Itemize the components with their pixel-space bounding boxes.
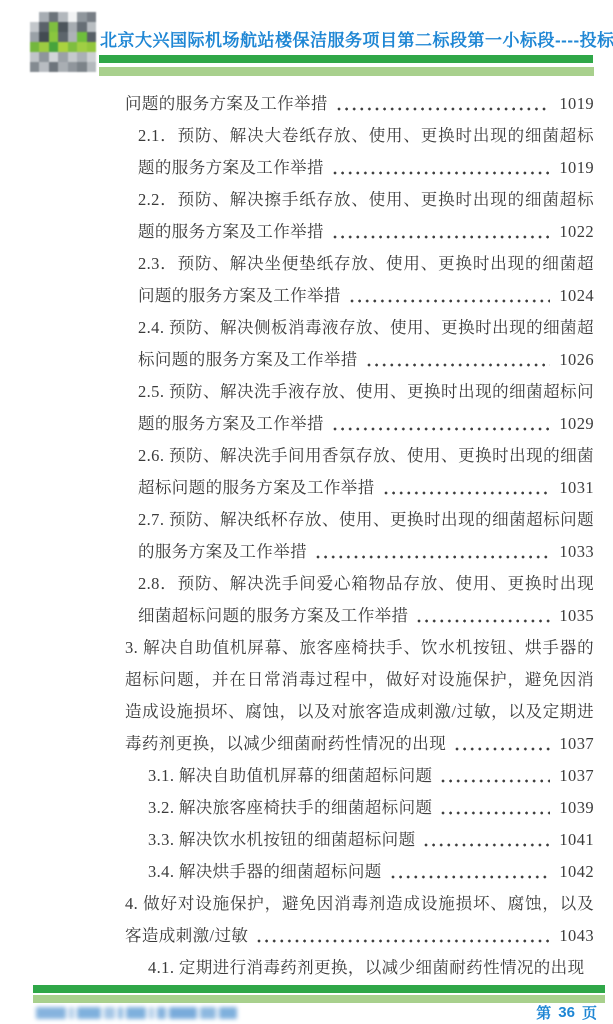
toc-entry-text: 造成设施损坏、腐蚀，以及对旅客造成刺激/过敏，以及定期进行消 [125, 696, 594, 728]
logo-pixel [58, 22, 67, 32]
document-header-title: 北京大兴国际机场航站楼保洁服务项目第二标段第一小标段----投标文件 [100, 26, 598, 48]
dot-leader [422, 824, 550, 856]
toc-entry-text: 2.7. 预防、解决纸杯存放、使用、更换时出现的细菌超标问题 [125, 504, 594, 536]
dot-leader [439, 760, 550, 792]
dot-leader [331, 408, 550, 440]
logo-pixel [49, 52, 58, 62]
dot-leader [331, 152, 550, 184]
redacted-block [149, 1007, 154, 1019]
redacted-block [169, 1007, 197, 1019]
redacted-block [69, 1007, 74, 1019]
toc-entry-text: 题的服务方案及工作举措 [138, 216, 324, 248]
redacted-block [77, 1007, 101, 1019]
toc-page-number: 1024 [559, 280, 594, 312]
dot-leader [382, 472, 551, 504]
logo-pixel [68, 42, 77, 52]
logo-pixel [58, 42, 67, 52]
toc-page-number: 1037 [559, 760, 594, 792]
logo-pixel [77, 62, 86, 72]
redacted-block [126, 1007, 146, 1019]
toc-line: 客造成刺激/过敏1043 [125, 920, 594, 952]
logo-pixel [58, 12, 67, 22]
logo-pixel [87, 52, 96, 62]
footer-rule-light [33, 995, 605, 1003]
document-page: 北京大兴国际机场航站楼保洁服务项目第二标段第一小标段----投标文件 问题的服务… [0, 0, 613, 1024]
header-rule-light [99, 67, 594, 76]
toc-line: 3.2. 解决旅客座椅扶手的细菌超标问题1039 [125, 792, 594, 824]
dot-leader [453, 728, 550, 760]
toc-entry-text: 2.5. 预防、解决洗手液存放、使用、更换时出现的细菌超标问 [125, 376, 594, 408]
logo-pixel [77, 52, 86, 62]
toc-entry-text: 2.4. 预防、解决侧板消毒液存放、使用、更换时出现的细菌超 [125, 312, 594, 344]
logo-pixel [58, 32, 67, 42]
logo-pixel [49, 22, 58, 32]
footer-rule-dark [33, 985, 605, 993]
toc-entry-text: 2.2．预防、解决擦手纸存放、使用、更换时出现的细菌超标问 [125, 184, 594, 216]
company-logo [30, 12, 96, 72]
toc-entry-text: 的服务方案及工作举措 [138, 536, 307, 568]
toc-entry-text: 3.4. 解决烘手器的细菌超标问题 [148, 856, 382, 888]
toc-entry-text: 客造成刺激/过敏 [125, 920, 248, 952]
toc-page-number: 1031 [559, 472, 594, 504]
logo-pixel [87, 42, 96, 52]
logo-pixel [58, 62, 67, 72]
dot-leader [255, 920, 550, 952]
redacted-company-name [36, 1005, 266, 1020]
toc-entry-text: 2.8．预防、解决洗手间爱心箱物品存放、使用、更换时出现的 [125, 568, 594, 600]
redacted-block [219, 1007, 237, 1019]
toc-entry-text: 2.1．预防、解决大卷纸存放、使用、更换时出现的细菌超标问 [125, 120, 594, 152]
logo-pixel [68, 32, 77, 42]
redacted-block [118, 1007, 123, 1019]
toc-entry-text: 问题的服务方案及工作举措 [138, 280, 341, 312]
toc-line: 3.1. 解决自助值机屏幕的细菌超标问题1037 [125, 760, 594, 792]
toc-page-number: 1019 [559, 152, 594, 184]
logo-pixel [77, 32, 86, 42]
toc-entry-text: 细菌超标问题的服务方案及工作举措 [138, 600, 408, 632]
footer-page-suffix: 页 [582, 1002, 597, 1023]
logo-pixel [58, 52, 67, 62]
toc-line: 的服务方案及工作举措1033 [125, 536, 594, 568]
table-of-contents: 问题的服务方案及工作举措10192.1．预防、解决大卷纸存放、使用、更换时出现的… [125, 88, 594, 984]
redacted-block [104, 1007, 115, 1019]
redacted-block [157, 1007, 166, 1019]
toc-page-number: 1035 [559, 600, 594, 632]
toc-entry-text: 3.2. 解决旅客座椅扶手的细菌超标问题 [148, 792, 432, 824]
toc-entry-text: 问题的服务方案及工作举措 [125, 88, 328, 120]
logo-pixel [77, 22, 86, 32]
toc-entry-text: 2.6. 预防、解决洗手间用香氛存放、使用、更换时出现的细菌 [125, 440, 594, 472]
dot-leader [365, 344, 551, 376]
dot-leader [389, 856, 551, 888]
logo-pixel [68, 52, 77, 62]
dot-leader [335, 88, 551, 120]
dot-leader [439, 792, 550, 824]
toc-entry-text: 4. 做好对设施保护，避免因消毒剂造成设施损坏、腐蚀，以及对旅 [125, 888, 594, 920]
logo-pixel [49, 42, 58, 52]
logo-pixel [39, 22, 48, 32]
logo-pixel [39, 42, 48, 52]
toc-line: 标问题的服务方案及工作举措1026 [125, 344, 594, 376]
logo-pixel [39, 12, 48, 22]
logo-pixel [49, 12, 58, 22]
logo-pixel [30, 22, 39, 32]
toc-line: 题的服务方案及工作举措1022 [125, 216, 594, 248]
logo-pixel [49, 32, 58, 42]
logo-pixel [49, 62, 58, 72]
toc-page-number: 1043 [559, 920, 594, 952]
toc-entry-text: 超标问题的服务方案及工作举措 [138, 472, 375, 504]
toc-entry-text: 3. 解决自助值机屏幕、旅客座椅扶手、饮水机按钮、烘手器的细菌 [125, 632, 594, 664]
toc-line: 细菌超标问题的服务方案及工作举措1035 [125, 600, 594, 632]
dot-leader [415, 600, 550, 632]
toc-page-number: 1022 [559, 216, 594, 248]
logo-pixel [39, 52, 48, 62]
logo-pixel [39, 62, 48, 72]
dot-leader [348, 280, 551, 312]
dot-leader [314, 536, 550, 568]
logo-pixel [68, 22, 77, 32]
header-rule-dark [99, 55, 593, 63]
logo-pixel [68, 62, 77, 72]
toc-page-number: 1041 [559, 824, 594, 856]
toc-entry-text: 3.1. 解决自助值机屏幕的细菌超标问题 [148, 760, 432, 792]
dot-leader [331, 216, 550, 248]
toc-line: 3.3. 解决饮水机按钮的细菌超标问题1041 [125, 824, 594, 856]
toc-entry-text: 超标问题，并在日常消毒过程中，做好对设施保护，避免因消毒剂 [125, 664, 594, 696]
footer-page-prefix: 第 [536, 1002, 551, 1023]
toc-line: 问题的服务方案及工作举措1024 [125, 280, 594, 312]
toc-page-number: 1037 [559, 728, 594, 760]
toc-page-number: 1039 [559, 792, 594, 824]
logo-pixel [87, 32, 96, 42]
toc-line: 毒药剂更换，以减少细菌耐药性情况的出现1037 [125, 728, 594, 760]
toc-line: 超标问题的服务方案及工作举措1031 [125, 472, 594, 504]
toc-entry-text: 4.1. 定期进行消毒药剂更换，以减少细菌耐药性情况的出现 [125, 952, 594, 984]
redacted-block [36, 1007, 66, 1019]
logo-pixel [77, 12, 86, 22]
toc-entry-text: 题的服务方案及工作举措 [138, 152, 324, 184]
logo-pixel [87, 12, 96, 22]
toc-entry-text: 毒药剂更换，以减少细菌耐药性情况的出现 [125, 728, 446, 760]
redacted-block [200, 1007, 216, 1019]
toc-entry-text: 3.3. 解决饮水机按钮的细菌超标问题 [148, 824, 415, 856]
toc-entry-text: 标问题的服务方案及工作举措 [138, 344, 358, 376]
footer-page-number: 36 [558, 1004, 575, 1021]
logo-pixel [39, 32, 48, 42]
toc-page-number: 1026 [559, 344, 594, 376]
toc-line: 题的服务方案及工作举措1029 [125, 408, 594, 440]
toc-page-number: 1042 [559, 856, 594, 888]
toc-line: 题的服务方案及工作举措1019 [125, 152, 594, 184]
logo-pixel [30, 62, 39, 72]
toc-entry-text: 2.3．预防、解决坐便垫纸存放、使用、更换时出现的细菌超标 [125, 248, 594, 280]
toc-page-number: 1033 [559, 536, 594, 568]
toc-page-number: 1019 [559, 88, 594, 120]
logo-pixel [87, 22, 96, 32]
logo-pixel [30, 32, 39, 42]
logo-pixel [30, 42, 39, 52]
logo-pixel [77, 42, 86, 52]
logo-pixel [30, 52, 39, 62]
toc-line: 3.4. 解决烘手器的细菌超标问题1042 [125, 856, 594, 888]
footer-page-indicator: 第 36 页 [536, 1002, 597, 1022]
toc-entry-text: 题的服务方案及工作举措 [138, 408, 324, 440]
toc-page-number: 1029 [559, 408, 594, 440]
toc-line: 问题的服务方案及工作举措1019 [125, 88, 594, 120]
logo-pixel [30, 12, 39, 22]
logo-pixel [68, 12, 77, 22]
logo-pixel [87, 62, 96, 72]
